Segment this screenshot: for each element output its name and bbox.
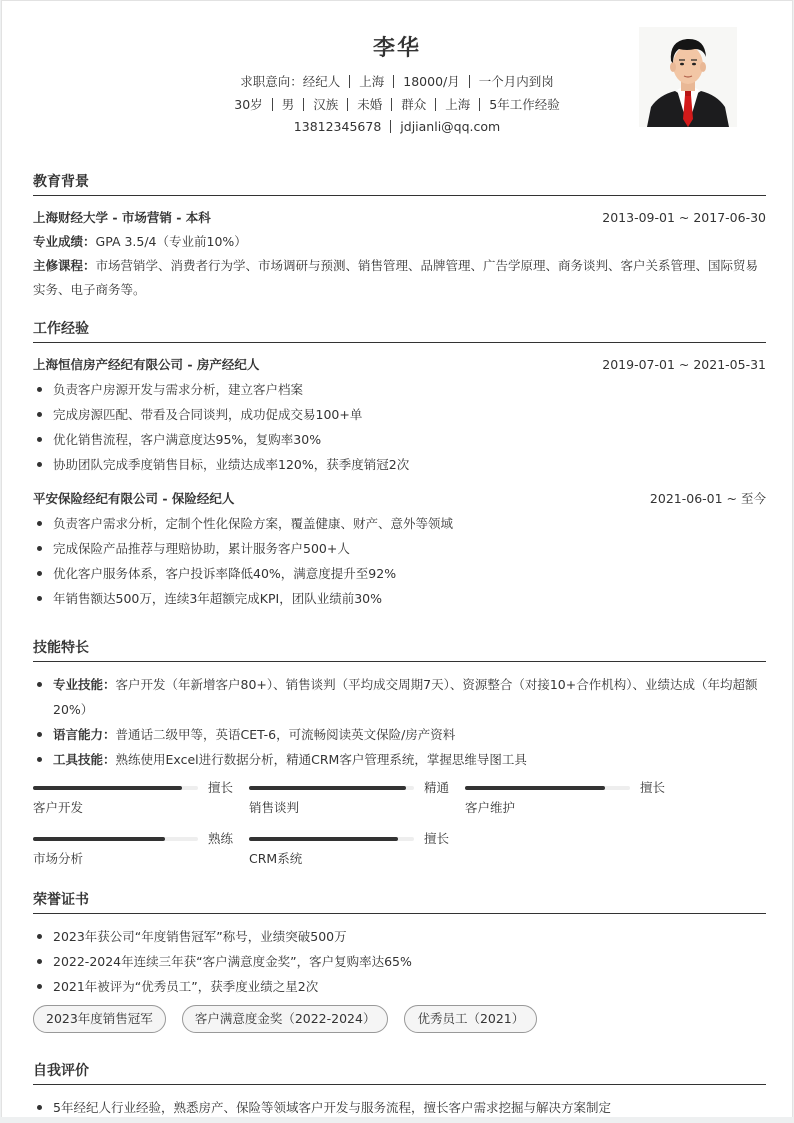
skill-category-text: 普通话二级甲等，英语CET-6，可流畅阅读英文保险/房产资料 bbox=[116, 727, 456, 742]
divider bbox=[479, 98, 480, 111]
list-item: 优化销售流程，客户满意度达95%，复购率30% bbox=[33, 427, 766, 452]
job-duties-list: 负责客户房源开发与需求分析，建立客户档案 完成房源匹配、带看及合同谈判，成功促成… bbox=[33, 377, 766, 477]
skill-level: 擅长 bbox=[640, 780, 665, 796]
skill-bar-fill bbox=[249, 786, 406, 790]
list-item: 专业技能：客户开发（年新增客户80+）、销售谈判（平均成交周期7天）、资源整合（… bbox=[33, 672, 766, 722]
work-section: 工作经验 上海恒信房产经纪有限公司 - 房产经纪人 2019-07-01 ~ 2… bbox=[33, 320, 766, 611]
job-duties-list: 负责客户需求分析，定制个性化保险方案，覆盖健康、财产、意外等领域 完成保险产品推… bbox=[33, 511, 766, 611]
list-item: 2021年被评为“优秀员工”，获季度业绩之星2次 bbox=[33, 974, 766, 999]
skill-name: 客户开发 bbox=[33, 800, 83, 816]
company-position: 上海恒信房产经纪有限公司 - 房产经纪人 bbox=[33, 357, 259, 372]
skill-bar-item: 擅长 CRM系统 bbox=[249, 831, 449, 877]
skill-bar-fill bbox=[465, 786, 605, 790]
skill-name: 销售谈判 bbox=[249, 800, 299, 816]
political-status: 群众 bbox=[401, 97, 426, 112]
gpa-line: 专业成绩：GPA 3.5/4（专业前10%） bbox=[33, 230, 766, 254]
courses-value: 市场营销学、消费者行为学、市场调研与预测、销售管理、品牌管理、广告学原理、商务谈… bbox=[33, 258, 758, 297]
list-item: 5年经纪人行业经验，熟悉房产、保险等领域客户开发与服务流程，擅长客户需求挖掘与解… bbox=[33, 1095, 766, 1117]
skill-level: 擅长 bbox=[208, 780, 233, 796]
age: 30岁 bbox=[234, 97, 262, 112]
courses-label: 主修课程： bbox=[33, 258, 96, 273]
ethnicity: 汉族 bbox=[313, 97, 338, 112]
skill-name: CRM系统 bbox=[249, 851, 302, 867]
skill-bar-track bbox=[465, 786, 630, 790]
skill-bar-track bbox=[33, 786, 198, 790]
self-evaluation-section: 自我评价 5年经纪人行业经验，熟悉房产、保险等领域客户开发与服务流程，擅长客户需… bbox=[33, 1062, 766, 1117]
list-item: 协助团队完成季度销售目标，业绩达成率120%，获季度销冠2次 bbox=[33, 452, 766, 477]
avatar bbox=[639, 27, 737, 127]
email-address[interactable]: jdjianli@qq.com bbox=[400, 119, 500, 134]
skill-bar-item: 熟练 市场分析 bbox=[33, 831, 233, 877]
honor-tag: 客户满意度金奖（2022-2024） bbox=[182, 1005, 389, 1033]
job-intention: 求职意向：经纪人 bbox=[240, 74, 340, 89]
job-entry-heading: 平安保险经纪有限公司 - 保险经纪人 2021-06-01 ~ 至今 bbox=[33, 487, 766, 511]
skill-bar-item: 擅长 客户维护 bbox=[465, 780, 665, 826]
courses-line: 主修课程：市场营销学、消费者行为学、市场调研与预测、销售管理、品牌管理、广告学原… bbox=[33, 254, 766, 302]
company-position: 平安保险经纪有限公司 - 保险经纪人 bbox=[33, 491, 234, 506]
resume-page: 李华 求职意向：经纪人上海18000/月一个月内到岗 30岁男汉族未婚群众上海5… bbox=[1, 0, 793, 1117]
honors-section: 荣誉证书 2023年获公司“年度销售冠军”称号，业绩突破500万 2022-20… bbox=[33, 891, 766, 1033]
divider bbox=[349, 75, 350, 88]
phone-number[interactable]: 13812345678 bbox=[294, 119, 381, 134]
honor-tag: 2023年度销售冠军 bbox=[33, 1005, 166, 1033]
section-title: 工作经验 bbox=[33, 320, 766, 343]
availability: 一个月内到岗 bbox=[479, 74, 554, 89]
school-major-degree: 上海财经大学 - 市场营销 - 本科 bbox=[33, 210, 211, 225]
resume-header: 李华 求职意向：经纪人上海18000/月一个月内到岗 30岁男汉族未婚群众上海5… bbox=[2, 1, 792, 141]
marital-status: 未婚 bbox=[357, 97, 382, 112]
skill-bar-fill bbox=[33, 786, 182, 790]
skill-level: 擅长 bbox=[424, 831, 449, 847]
section-title: 荣誉证书 bbox=[33, 891, 766, 914]
honor-tags: 2023年度销售冠军 客户满意度金奖（2022-2024） 优秀员工（2021） bbox=[33, 1005, 766, 1033]
divider bbox=[435, 98, 436, 111]
skill-category-text: 客户开发（年新增客户80+）、销售谈判（平均成交周期7天）、资源整合（对接10+… bbox=[53, 677, 757, 717]
list-item: 完成保险产品推荐与理赔协助，累计服务客户500+人 bbox=[33, 536, 766, 561]
skill-bar-track bbox=[33, 837, 198, 841]
job-entry-heading: 上海恒信房产经纪有限公司 - 房产经纪人 2019-07-01 ~ 2021-0… bbox=[33, 353, 766, 377]
gpa-value: GPA 3.5/4（专业前10%） bbox=[96, 234, 247, 249]
job-dates: 2019-07-01 ~ 2021-05-31 bbox=[602, 353, 766, 377]
list-item: 2023年获公司“年度销售冠军”称号，业绩突破500万 bbox=[33, 924, 766, 949]
target-city: 上海 bbox=[359, 74, 384, 89]
divider bbox=[390, 120, 391, 133]
divider bbox=[393, 75, 394, 88]
skill-category-label: 语言能力： bbox=[53, 727, 116, 742]
education-entry: 上海财经大学 - 市场营销 - 本科 2013-09-01 ~ 2017-06-… bbox=[33, 206, 766, 230]
divider bbox=[303, 98, 304, 111]
section-title: 自我评价 bbox=[33, 1062, 766, 1085]
honor-tag: 优秀员工（2021） bbox=[404, 1005, 537, 1033]
list-item: 负责客户需求分析，定制个性化保险方案，覆盖健康、财产、意外等领域 bbox=[33, 511, 766, 536]
list-item: 完成房源匹配、带看及合同谈判，成功促成交易100+单 bbox=[33, 402, 766, 427]
skill-level: 精通 bbox=[424, 780, 449, 796]
education-dates: 2013-09-01 ~ 2017-06-30 bbox=[602, 206, 766, 230]
skill-bar-track bbox=[249, 837, 414, 841]
experience-years: 5年工作经验 bbox=[489, 97, 559, 112]
skills-list: 专业技能：客户开发（年新增客户80+）、销售谈判（平均成交周期7天）、资源整合（… bbox=[33, 672, 766, 772]
skill-level: 熟练 bbox=[208, 831, 233, 847]
divider bbox=[469, 75, 470, 88]
gender: 男 bbox=[282, 97, 295, 112]
section-title: 教育背景 bbox=[33, 173, 766, 196]
skill-bar-item: 擅长 客户开发 bbox=[33, 780, 233, 826]
list-item: 年销售额达500万，连续3年超额完成KPI，团队业绩前30% bbox=[33, 586, 766, 611]
divider bbox=[272, 98, 273, 111]
skill-bars: 擅长 客户开发 精通 销售谈判 擅长 客户维护 熟练 市场分析 擅长 C bbox=[33, 780, 766, 872]
honors-list: 2023年获公司“年度销售冠军”称号，业绩突破500万 2022-2024年连续… bbox=[33, 924, 766, 999]
job-dates: 2021-06-01 ~ 至今 bbox=[650, 487, 766, 511]
gpa-label: 专业成绩： bbox=[33, 234, 96, 249]
skills-section: 技能特长 专业技能：客户开发（年新增客户80+）、销售谈判（平均成交周期7天）、… bbox=[33, 639, 766, 872]
skill-category-label: 工具技能： bbox=[53, 752, 116, 767]
skill-name: 市场分析 bbox=[33, 851, 83, 867]
avatar-portrait-icon bbox=[639, 27, 737, 127]
expected-salary: 18000/月 bbox=[403, 74, 459, 89]
divider bbox=[347, 98, 348, 111]
list-item: 负责客户房源开发与需求分析，建立客户档案 bbox=[33, 377, 766, 402]
skill-bar-fill bbox=[249, 837, 398, 841]
skill-bar-track bbox=[249, 786, 414, 790]
section-title: 技能特长 bbox=[33, 639, 766, 662]
self-evaluation-list: 5年经纪人行业经验，熟悉房产、保险等领域客户开发与服务流程，擅长客户需求挖掘与解… bbox=[33, 1095, 766, 1117]
education-section: 教育背景 上海财经大学 - 市场营销 - 本科 2013-09-01 ~ 201… bbox=[33, 173, 766, 302]
skill-category-text: 熟练使用Excel进行数据分析，精通CRM客户管理系统，掌握思维导图工具 bbox=[116, 752, 527, 767]
skill-bar-item: 精通 销售谈判 bbox=[249, 780, 449, 826]
list-item: 语言能力：普通话二级甲等，英语CET-6，可流畅阅读英文保险/房产资料 bbox=[33, 722, 766, 747]
residence: 上海 bbox=[445, 97, 470, 112]
skill-bar-fill bbox=[33, 837, 165, 841]
list-item: 优化客户服务体系，客户投诉率降低40%，满意度提升至92% bbox=[33, 561, 766, 586]
list-item: 工具技能：熟练使用Excel进行数据分析，精通CRM客户管理系统，掌握思维导图工… bbox=[33, 747, 766, 772]
list-item: 2022-2024年连续三年获“客户满意度金奖”，客户复购率达65% bbox=[33, 949, 766, 974]
skill-category-label: 专业技能： bbox=[53, 677, 116, 692]
divider bbox=[391, 98, 392, 111]
skill-name: 客户维护 bbox=[465, 800, 515, 816]
